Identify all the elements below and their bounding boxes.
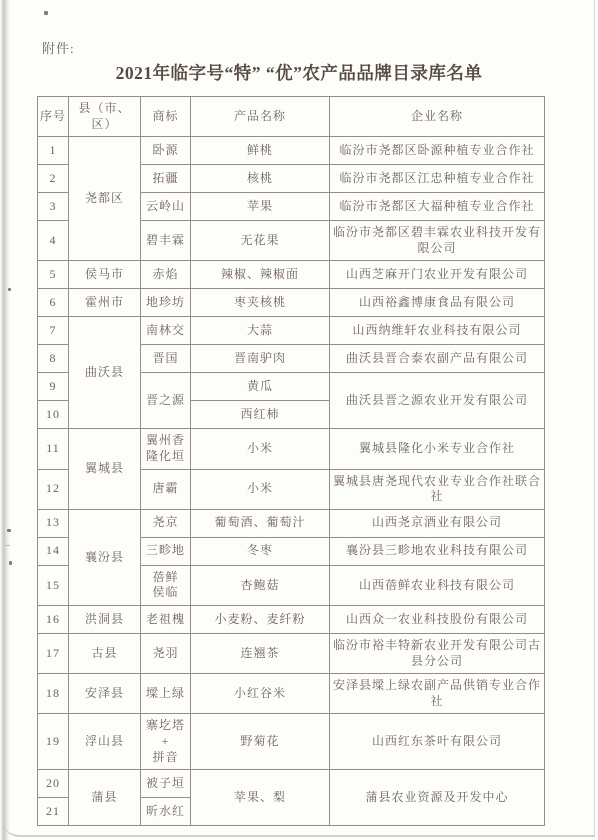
trademark-cell: 蓓鲜 侯临 <box>141 565 191 605</box>
trademark-cell: 碧丰霖 <box>141 221 191 261</box>
county-cell: 尧都区 <box>69 137 141 261</box>
trademark-cell: 云岭山 <box>141 193 191 221</box>
trademark-cell: 赤焰 <box>141 261 191 289</box>
product-cell: 连翘茶 <box>191 633 330 673</box>
company-cell: 临汾市裕丰特新农业开发有限公司古县分公司 <box>330 633 545 673</box>
row-number-cell: 12 <box>38 469 69 509</box>
product-cell: 鲜桃 <box>191 137 330 165</box>
attachment-label: 附件: <box>42 38 75 57</box>
county-cell: 霍州市 <box>69 289 141 317</box>
scan-speck <box>44 11 48 15</box>
company-cell: 山西芝麻开门农业开发有限公司 <box>330 261 545 289</box>
row-number-cell: 20 <box>38 770 69 798</box>
scanned-page: 附件: 2021年临字号“特” “优”农产品品牌目录库名单 序号县（市、区）商标… <box>0 0 598 840</box>
table-row: 19浮山县寨圪塔+ 拼音野菊花山西红东茶叶有限公司 <box>38 714 545 770</box>
company-cell: 襄汾县三畛地农业科技有限公司 <box>330 537 545 565</box>
row-number-cell: 14 <box>38 537 69 565</box>
row-number-cell: 7 <box>38 317 69 345</box>
county-cell: 蒲县 <box>69 770 141 826</box>
row-number-cell: 15 <box>38 565 69 605</box>
table-row: 18安泽县墚上绿小红谷米安泽县墚上绿农副产品供销专业合作社 <box>38 674 545 714</box>
product-cell: 无花果 <box>191 221 330 261</box>
row-number-cell: 21 <box>38 798 69 826</box>
table-row: 20蒲县被子垣苹果、梨蒲县农业资源及开发中心 <box>38 770 545 798</box>
trademark-cell: 南林交 <box>141 317 191 345</box>
trademark-cell: 老祖槐 <box>141 605 191 633</box>
scan-speck <box>9 561 12 565</box>
scan-speck <box>6 545 10 546</box>
company-cell: 山西裕鑫博康食品有限公司 <box>330 289 545 317</box>
product-cell: 小米 <box>191 469 330 509</box>
product-cell: 大蒜 <box>191 317 330 345</box>
table-row: 17古县尧羽连翘茶临汾市裕丰特新农业开发有限公司古县分公司 <box>38 633 545 673</box>
product-cell: 小米 <box>191 429 330 469</box>
county-cell: 侯马市 <box>69 261 141 289</box>
row-number-cell: 19 <box>38 714 69 770</box>
table-body: 1尧都区卧源鲜桃临汾市尧都区卧源种植专业合作社2拓疆核桃临汾市尧都区江忠种植专业… <box>38 137 545 826</box>
company-cell: 蒲县农业资源及开发中心 <box>330 770 545 826</box>
county-cell: 安泽县 <box>69 674 141 714</box>
trademark-cell: 被子垣 <box>141 770 191 798</box>
scan-speck <box>8 288 11 291</box>
table-row: 16洪洞县老祖槐小麦粉、麦纤粉山西众一农业科技股份有限公司 <box>38 605 545 633</box>
trademark-cell: 墚上绿 <box>141 674 191 714</box>
company-cell: 临汾市尧都区大福种植专业合作社 <box>330 193 545 221</box>
trademark-cell: 晋之源 <box>141 373 191 429</box>
table-row: 13襄汾县尧京葡萄酒、葡萄汁山西尧京酒业有限公司 <box>38 509 545 537</box>
product-cell: 野菊花 <box>191 714 330 770</box>
row-number-cell: 4 <box>38 221 69 261</box>
company-cell: 临汾市尧都区卧源种植专业合作社 <box>330 137 545 165</box>
row-number-cell: 6 <box>38 289 69 317</box>
product-cell: 小麦粉、麦纤粉 <box>191 605 330 633</box>
company-cell: 山西红东茶叶有限公司 <box>330 714 545 770</box>
product-cell: 西红柿 <box>191 401 330 429</box>
column-header: 县（市、区） <box>69 97 141 137</box>
trademark-cell: 唐霸 <box>141 469 191 509</box>
trademark-cell: 寨圪塔+ 拼音 <box>141 714 191 770</box>
company-cell: 安泽县墚上绿农副产品供销专业合作社 <box>330 674 545 714</box>
trademark-cell: 拓疆 <box>141 165 191 193</box>
row-number-cell: 11 <box>38 429 69 469</box>
product-cell: 苹果 <box>191 193 330 221</box>
county-cell: 曲沃县 <box>69 317 141 429</box>
row-number-cell: 2 <box>38 165 69 193</box>
company-cell: 山西蓓鲜农业科技有限公司 <box>330 565 545 605</box>
row-number-cell: 8 <box>38 345 69 373</box>
row-number-cell: 3 <box>38 193 69 221</box>
product-cell: 苹果、梨 <box>191 770 330 826</box>
row-number-cell: 16 <box>38 605 69 633</box>
company-cell: 临汾市尧都区江忠种植专业合作社 <box>330 165 545 193</box>
company-cell: 山西纳维轩农业科技有限公司 <box>330 317 545 345</box>
product-cell: 冬枣 <box>191 537 330 565</box>
trademark-cell: 尧京 <box>141 509 191 537</box>
column-header: 序号 <box>38 97 69 137</box>
document-title: 2021年临字号“特” “优”农产品品牌目录库名单 <box>0 60 598 85</box>
column-header: 企业名称 <box>330 97 545 137</box>
product-cell: 葡萄酒、葡萄汁 <box>191 509 330 537</box>
scan-speck <box>7 529 11 532</box>
product-cell: 黄瓜 <box>191 373 330 401</box>
row-number-cell: 13 <box>38 509 69 537</box>
product-cell: 核桃 <box>191 165 330 193</box>
trademark-cell: 卧源 <box>141 137 191 165</box>
company-cell: 山西尧京酒业有限公司 <box>330 509 545 537</box>
table-row: 1尧都区卧源鲜桃临汾市尧都区卧源种植专业合作社 <box>38 137 545 165</box>
county-cell: 洪洞县 <box>69 605 141 633</box>
table-header-row: 序号县（市、区）商标产品名称企业名称 <box>38 97 545 137</box>
column-header: 产品名称 <box>191 97 330 137</box>
table-row: 11翼城县翼州香 隆化垣小米翼城县隆化小米专业合作社 <box>38 429 545 469</box>
company-cell: 山西众一农业科技股份有限公司 <box>330 605 545 633</box>
trademark-cell: 三畛地 <box>141 537 191 565</box>
county-cell: 浮山县 <box>69 714 141 770</box>
column-header: 商标 <box>141 97 191 137</box>
company-cell: 曲沃县晋之源农业开发有限公司 <box>330 373 545 429</box>
company-cell: 翼城县唐尧现代农业专业合作社联合社 <box>330 469 545 509</box>
trademark-cell: 晋国 <box>141 345 191 373</box>
product-cell: 杏鲍菇 <box>191 565 330 605</box>
row-number-cell: 17 <box>38 633 69 673</box>
trademark-cell: 翼州香 隆化垣 <box>141 429 191 469</box>
trademark-cell: 尧羽 <box>141 633 191 673</box>
row-number-cell: 1 <box>38 137 69 165</box>
company-cell: 曲沃县晋合泰农副产品有限公司 <box>330 345 545 373</box>
trademark-cell: 昕水红 <box>141 798 191 826</box>
row-number-cell: 18 <box>38 674 69 714</box>
table-row: 6霍州市地珍坊枣夹核桃山西裕鑫博康食品有限公司 <box>38 289 545 317</box>
table-row: 5侯马市赤焰辣椒、辣椒面山西芝麻开门农业开发有限公司 <box>38 261 545 289</box>
table-row: 7曲沃县南林交大蒜山西纳维轩农业科技有限公司 <box>38 317 545 345</box>
row-number-cell: 5 <box>38 261 69 289</box>
brand-directory-table: 序号县（市、区）商标产品名称企业名称 1尧都区卧源鲜桃临汾市尧都区卧源种植专业合… <box>37 96 545 826</box>
company-cell: 临汾市尧都区碧丰霖农业科技开发有限公司 <box>330 221 545 261</box>
row-number-cell: 9 <box>38 373 69 401</box>
product-cell: 辣椒、辣椒面 <box>191 261 330 289</box>
row-number-cell: 10 <box>38 401 69 429</box>
county-cell: 襄汾县 <box>69 509 141 605</box>
scan-left-edge <box>0 0 10 840</box>
company-cell: 翼城县隆化小米专业合作社 <box>330 429 545 469</box>
trademark-cell: 地珍坊 <box>141 289 191 317</box>
product-cell: 枣夹核桃 <box>191 289 330 317</box>
county-cell: 翼城县 <box>69 429 141 509</box>
product-cell: 小红谷米 <box>191 674 330 714</box>
product-cell: 晋南驴肉 <box>191 345 330 373</box>
county-cell: 古县 <box>69 633 141 673</box>
